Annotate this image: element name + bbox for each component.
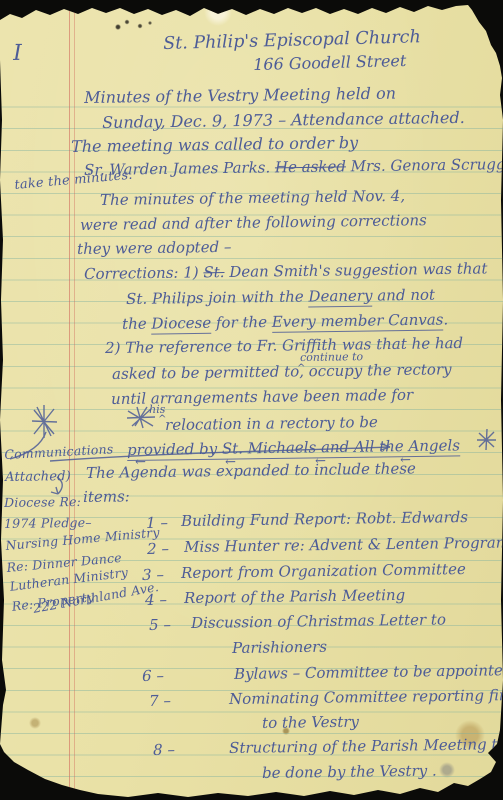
body-line: relocation in a rectory to be <box>165 414 378 433</box>
underlined-text: Diocese <box>151 314 211 335</box>
caret-mark: ^ <box>297 363 306 374</box>
agenda-item-text: Parishioners <box>232 639 327 657</box>
red-margin-line <box>74 0 75 800</box>
agenda-item-number: 7 – <box>149 693 171 710</box>
paper-sheet: I St. Philip's Episcopal Church 166 Good… <box>0 0 503 800</box>
margin-note-attached: Attached) <box>5 470 71 485</box>
underlined-text: Deanery <box>308 287 372 308</box>
agenda-item-text: be done by the Vestry . <box>262 763 437 782</box>
text-segment: Dean Smith's suggestion was that <box>224 259 487 281</box>
text-segment: for the <box>211 313 272 332</box>
page-marker: I <box>13 42 22 66</box>
margin-note-pledge: 1974 Pledge– <box>4 516 92 531</box>
header-address: 166 Goodell Street <box>253 52 407 74</box>
agenda-item-text: Report from Organization Committee <box>181 561 466 581</box>
agenda-item-text: Nominating Committee reporting first <box>229 687 503 708</box>
body-line: the Diocese for the Every member Canvas. <box>122 311 448 332</box>
agenda-item-text: to the Vestry <box>262 714 359 732</box>
text-segment: . <box>443 310 448 328</box>
body-line: The meeting was called to order by <box>71 134 358 156</box>
body-line: The minutes of the meeting held Nov. 4, <box>100 188 405 209</box>
agenda-item-number: 5 – <box>149 617 171 634</box>
text-segment: Corrections: 1) <box>84 263 204 283</box>
text-segment: Mrs. Genora Scruggs to <box>346 155 503 176</box>
agenda-item-text: Structuring of the Parish Meeting to <box>229 736 503 756</box>
agenda-item-number: 6 – <box>142 668 164 685</box>
body-line: they were adopted – <box>77 239 232 258</box>
agenda-item-number: 2 – <box>147 541 169 558</box>
agenda-item-text: Bylaws – Committee to be appointed <box>234 662 503 682</box>
inserted-text: continue to <box>300 351 363 364</box>
red-margin-line <box>69 0 70 800</box>
body-line: Minutes of the Vestry Meeting held on <box>84 85 396 107</box>
struck-text: St. <box>203 263 224 281</box>
text-segment: the <box>122 315 152 333</box>
agenda-item-number: 8 – <box>153 742 175 759</box>
underlined-text: Every member Canvas <box>272 311 444 333</box>
margin-note-diocese: Diocese Re: <box>4 495 81 510</box>
agenda-item-text: Report of the Parish Meeting <box>184 587 405 607</box>
scanned-page: I St. Philip's Episcopal Church 166 Good… <box>0 0 503 800</box>
struck-text: He asked <box>275 157 346 176</box>
agenda-item-text: Discussion of Christmas Letter to <box>191 611 446 631</box>
text-segment: and not <box>372 286 435 305</box>
text-segment: St. Philips join with the <box>126 287 309 308</box>
agenda-item-text: Building Fund Report: Robt. Edwards <box>181 509 468 530</box>
header-org: St. Philip's Episcopal Church <box>163 28 421 54</box>
body-line: items: <box>83 488 130 505</box>
